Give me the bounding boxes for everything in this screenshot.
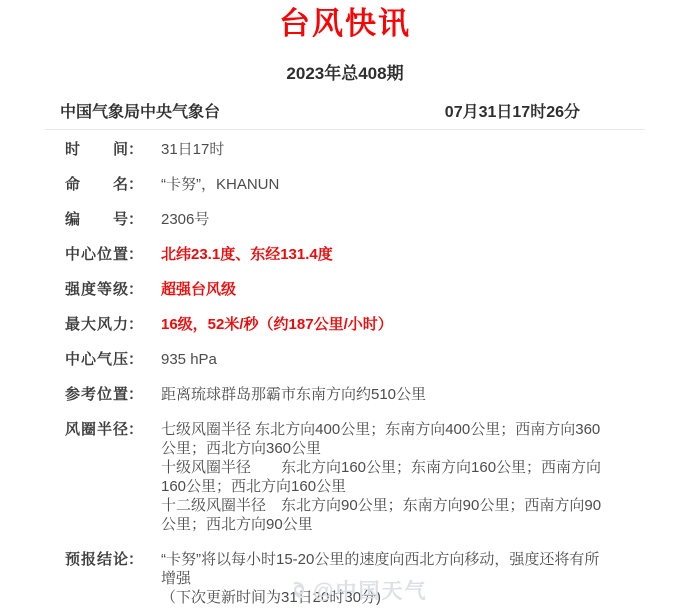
field-value: “卡努”将以每小时15-20公里的速度向西北方向移动，强度还将有所增强 （下次更…	[161, 550, 608, 607]
typhoon-bulletin: 台风快讯 2023年总408期 中国气象局中央气象台 07月31日17时26分 …	[0, 0, 690, 611]
field-label: 参考位置：	[65, 385, 145, 404]
field-row-intensity: 强度等级： 超强台风级	[65, 280, 650, 299]
field-row-time: 时间： 31日17时	[65, 140, 650, 159]
field-label: 编号：	[65, 210, 145, 229]
field-row-forecast-conclusion: 预报结论： “卡努”将以每小时15-20公里的速度向西北方向移动，强度还将有所增…	[65, 550, 650, 607]
field-label: 风圈半径：	[65, 420, 145, 439]
field-row-wind-circle-radius: 风圈半径： 七级风圈半径 东北方向400公里；东南方向400公里；西南方向360…	[65, 420, 650, 534]
wind-circle-line-10: 十级风圈半径 东北方向160公里；东南方向160公里；西南方向160公里；西北方…	[161, 458, 608, 496]
forecast-text: “卡努”将以每小时15-20公里的速度向西北方向移动，强度还将有所增强	[161, 550, 608, 588]
field-value: 北纬23.1度、东经131.4度	[161, 245, 608, 264]
wind-circle-line-12: 十二级风圈半径 东北方向90公里；东南方向90公里；西南方向90公里；西北方向9…	[161, 496, 608, 534]
field-row-number: 编号： 2306号	[65, 210, 650, 229]
next-update-time: （下次更新时间为31日20时30分)	[161, 588, 608, 607]
field-label: 强度等级：	[65, 280, 145, 299]
field-label: 命名：	[65, 175, 145, 194]
field-value: 31日17时	[161, 140, 608, 159]
field-value: 16级，52米/秒（约187公里/小时）	[161, 315, 608, 334]
issue-number: 2023年总408期	[0, 64, 690, 83]
field-label: 最大风力：	[65, 315, 145, 334]
field-value: 935 hPa	[161, 350, 608, 369]
field-row-center-pressure: 中心气压： 935 hPa	[65, 350, 650, 369]
field-row-center-position: 中心位置： 北纬23.1度、东经131.4度	[65, 245, 650, 264]
wind-circle-line-7: 七级风圈半径 东北方向400公里；东南方向400公里；西南方向360公里；西北方…	[161, 420, 608, 458]
field-value: “卡努”，KHANUN	[161, 175, 608, 194]
field-value: 2306号	[161, 210, 608, 229]
field-value: 距离琉球群岛那霸市东南方向约510公里	[161, 385, 608, 404]
field-value: 超强台风级	[161, 280, 608, 299]
field-label: 中心气压：	[65, 350, 145, 369]
field-label: 中心位置：	[65, 245, 145, 264]
field-row-name: 命名： “卡努”，KHANUN	[65, 175, 650, 194]
page-title: 台风快讯	[0, 0, 690, 41]
divider	[45, 129, 645, 130]
agency-name: 中国气象局中央气象台	[60, 104, 220, 121]
issue-datetime: 07月31日17时26分	[445, 104, 580, 121]
field-row-reference-position: 参考位置： 距离琉球群岛那霸市东南方向约510公里	[65, 385, 650, 404]
field-row-max-wind: 最大风力： 16级，52米/秒（约187公里/小时）	[65, 315, 650, 334]
field-label: 预报结论：	[65, 550, 145, 569]
bulletin-header: 中国气象局中央气象台 07月31日17时26分	[60, 104, 580, 121]
field-list: 时间： 31日17时 命名： “卡努”，KHANUN 编号： 2306号 中心位…	[65, 140, 650, 607]
field-value: 七级风圈半径 东北方向400公里；东南方向400公里；西南方向360公里；西北方…	[161, 420, 608, 534]
field-label: 时间：	[65, 140, 145, 159]
